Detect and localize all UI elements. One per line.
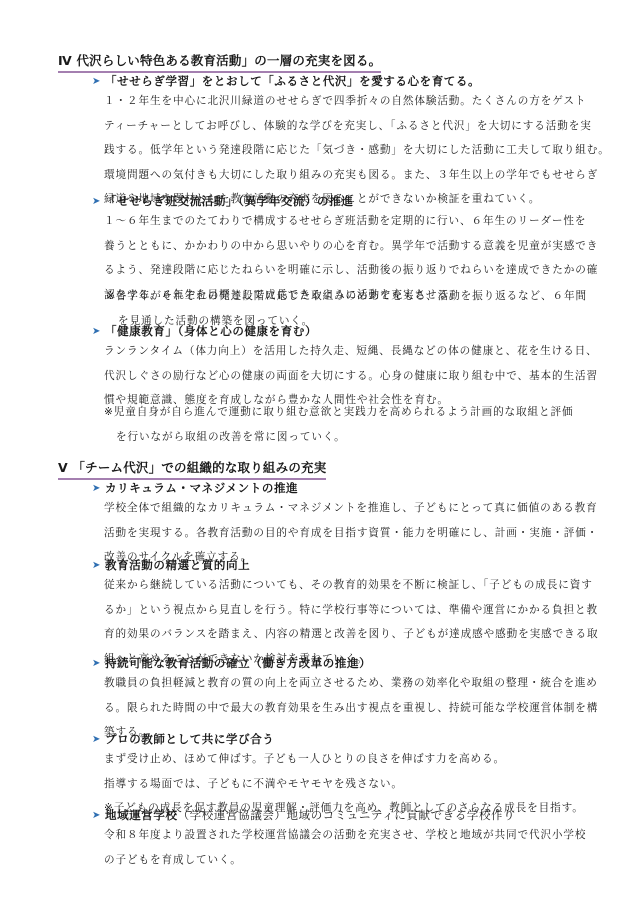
body-line: 育的効果のバランスを踏まえ、内容の精選と改善を図り、子どもが達成感や感動を実感で… — [104, 622, 590, 647]
body-line: 従来から継続している活動についても、その教育的効果を不断に検証し、「子どもの成長… — [104, 573, 590, 598]
body-line: １～６年生までのたてわりで構成するせせらぎ班活動を定期的に行い、６年生のリーダー… — [104, 209, 590, 234]
note-line: を行いながら取組の改善を常に図っていく。 — [104, 425, 590, 450]
body-line: る。限られた時間の中で最大の教育効果を生み出す視点を重視し、持続可能な学校運営体… — [104, 696, 590, 721]
arrow-bullet-icon: ➤ — [92, 732, 104, 748]
body-line: 養うとともに、かかわりの中から思いやりの心を育む。異学年で活動する意義を児童が実… — [104, 234, 590, 259]
section-5-item-5-body: 令和８年度より設置された学校運営協議会の活動を充実させ、学校と地域が共同で代沢小… — [104, 823, 590, 872]
item-title-text: 地域運営学校 — [105, 808, 178, 822]
section-5-item-5-title: ➤地域運営学校（学校運営協議会）地域のコミュニティに貢献できる学校作り — [92, 807, 515, 824]
note-line: ※各学年がそれぞれの発達段階に応じた取組みのめあてをもち、活動を振り返るなど、６… — [106, 284, 592, 309]
arrow-bullet-icon: ➤ — [92, 808, 104, 824]
arrow-bullet-icon: ➤ — [92, 194, 104, 210]
item-title-text: 教育活動の精選と質的向上 — [105, 558, 250, 572]
body-line: るか」という視点から見直しを行う。特に学校行事等については、準備や運営にかかる負… — [104, 598, 590, 623]
body-line: 践する。低学年という発達段階に応じた「気づき・感動」を大切にした活動に工夫して取… — [104, 138, 590, 163]
section-4-item-3-note: ※児童自身が自ら進んで運動に取り組む意欲と実践力を高められるよう計画的な取組と評… — [104, 400, 590, 449]
arrow-bullet-icon: ➤ — [92, 74, 104, 90]
body-line: 指導する場面では、子どもに不満やモヤモヤを残さない。 — [104, 772, 590, 797]
item-title-text: 「健康教育」（身体と心の健康を育む） — [105, 324, 317, 338]
section-5-item-3-title: ➤持続可能な教育活動の確立（働き方改革の推進） — [92, 655, 371, 672]
section-4-item-1-title: ➤「せせらぎ学習」をとおして「ふるさと代沢」を愛する心を育てる。 — [92, 73, 480, 90]
body-line: ランランタイム（体力向上）を活用した持久走、短縄、長縄などの体の健康と、花を生け… — [104, 339, 590, 364]
arrow-bullet-icon: ➤ — [92, 481, 104, 497]
body-line: 活動を実現する。各教育活動の目的や育成を目指す資質・能力を明確にし、計画・実施・… — [104, 521, 590, 546]
item-title-suffix: （学校運営協議会）地域のコミュニティに貢献できる学校作り — [178, 808, 516, 822]
section-5-item-1-title: ➤カリキュラム・マネジメントの推進 — [92, 480, 298, 497]
item-title-text: プロの教師として共に学び合う — [105, 732, 274, 746]
body-line: ティーチャーとしてお呼びし、体験的な学びを充実し、「ふるさと代沢」を大切にする活… — [104, 114, 590, 139]
body-line: 代沢しぐさの励行など心の健康の両面を大切にする。心身の健康に取り組む中で、基本的… — [104, 364, 590, 389]
section-4-item-2-title: ➤「せせらぎ班交流活動」（異学年交流）の推進 — [92, 193, 353, 210]
item-title-text: 持続可能な教育活動の確立（働き方改革の推進） — [105, 656, 371, 670]
body-line: 環境問題への気付きも大切にした取り組みの充実も図る。また、３年生以上の学年でもせ… — [104, 163, 590, 188]
document-page: Ⅳ 代沢らしい特色ある教育活動」の一層の充実を図る。 ➤「せせらぎ学習」をとおし… — [0, 0, 640, 905]
item-title-text: 「せせらぎ班交流活動」（異学年交流）の推進 — [105, 194, 353, 208]
arrow-bullet-icon: ➤ — [92, 656, 104, 672]
item-title-text: 「せせらぎ学習」をとおして「ふるさと代沢」を愛する心を育てる。 — [105, 74, 480, 88]
note-line: ※児童自身が自ら進んで運動に取り組む意欲と実践力を高められるよう計画的な取組と評… — [104, 400, 590, 425]
section-5-item-2-title: ➤教育活動の精選と質的向上 — [92, 557, 250, 574]
body-line: 教職員の負担軽減と教育の質の向上を両立させるため、業務の効率化や取組の整理・統合… — [104, 671, 590, 696]
section-5-item-4-title: ➤プロの教師として共に学び合う — [92, 731, 274, 748]
body-line: るよう、発達段階に応じたねらいを明確に示し、活動後の振り返りでねらいを達成できた… — [104, 258, 590, 283]
body-line: 令和８年度より設置された学校運営協議会の活動を充実させ、学校と地域が共同で代沢小… — [104, 823, 590, 848]
arrow-bullet-icon: ➤ — [92, 324, 104, 340]
body-line: の子どもを育成していく。 — [104, 848, 590, 873]
section-5-heading: Ⅴ 「チーム代沢」での組織的な取り組みの充実 — [58, 460, 326, 480]
body-line: 学校全体で組織的なカリキュラム・マネジメントを推進し、子どもにとって真に価値のあ… — [104, 496, 590, 521]
arrow-bullet-icon: ➤ — [92, 558, 104, 574]
section-4-heading: Ⅳ 代沢らしい特色ある教育活動」の一層の充実を図る。 — [58, 53, 381, 73]
section-4-item-3-title: ➤「健康教育」（身体と心の健康を育む） — [92, 323, 317, 340]
body-line: まず受け止め、ほめて伸ばす。子ども一人ひとりの良さを伸ばす力を高める。 — [104, 747, 590, 772]
item-title-text: カリキュラム・マネジメントの推進 — [105, 481, 298, 495]
body-line: １・２年生を中心に北沢川緑道のせせらぎで四季折々の自然体験活動。たくさんの方をゲ… — [104, 89, 590, 114]
